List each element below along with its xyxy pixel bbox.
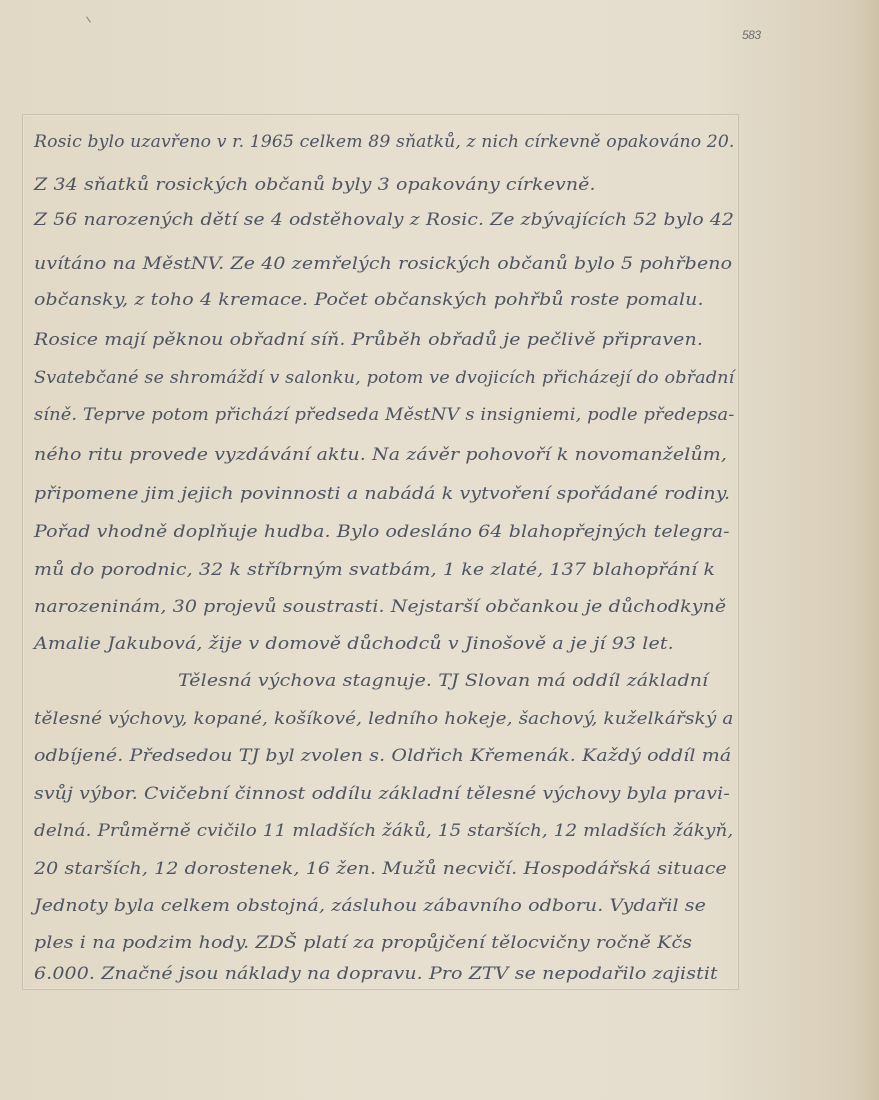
text-line: Svatebčané se shromáždí v salonku, potom… <box>34 368 734 387</box>
text-line: ného ritu provede vyzdávání aktu. Na záv… <box>34 445 727 464</box>
text-line: 20 starších, 12 dorostenek, 16 žen. Mužů… <box>34 859 727 878</box>
text-line: ples i na podzim hody. ZDŠ platí za prop… <box>34 933 692 952</box>
text-line: odbíjené. Předsedou TJ byl zvolen s. Old… <box>34 746 731 765</box>
text-line: občansky, z toho 4 kremace. Počet občans… <box>34 290 704 309</box>
text-line: narozeninám, 30 projevů soustrasti. Nejs… <box>34 597 726 616</box>
text-line: 6.000. Značné jsou náklady na dopravu. P… <box>34 964 718 983</box>
text-line: Z 56 narozených dětí se 4 odstěhovaly z … <box>34 210 734 229</box>
text-line: připomene jim jejich povinnosti a nabádá… <box>34 484 730 503</box>
text-line: Z 34 sňatků rosických občanů byly 3 opak… <box>34 175 596 194</box>
text-line-indented: Tělesná výchova stagnuje. TJ Slovan má o… <box>178 671 708 690</box>
text-line: delná. Průměrně cvičilo 11 mladších žáků… <box>34 821 733 840</box>
page-number: 583 <box>742 28 761 42</box>
ink-speck <box>86 16 91 22</box>
text-line: Jednoty byla celkem obstojná, zásluhou z… <box>34 896 706 915</box>
text-line: Rosice mají pěknou obřadní síň. Průběh o… <box>34 330 703 349</box>
text-line: síně. Teprve potom přichází předseda Měs… <box>34 405 734 424</box>
text-line: tělesné výchovy, kopané, košíkové, lední… <box>34 709 733 728</box>
text-line: Rosic bylo uzavřeno v r. 1965 celkem 89 … <box>34 132 735 151</box>
text-line: svůj výbor. Cvičební činnost oddílu zákl… <box>34 784 730 803</box>
text-line: uvítáno na MěstNV. Ze 40 zemřelých rosic… <box>34 254 732 273</box>
text-line: Pořad vhodně doplňuje hudba. Bylo odeslá… <box>34 522 730 541</box>
text-line: mů do porodnic, 32 k stříbrným svatbám, … <box>34 560 715 579</box>
text-line: Amalie Jakubová, žije v domově důchodců … <box>34 634 674 653</box>
